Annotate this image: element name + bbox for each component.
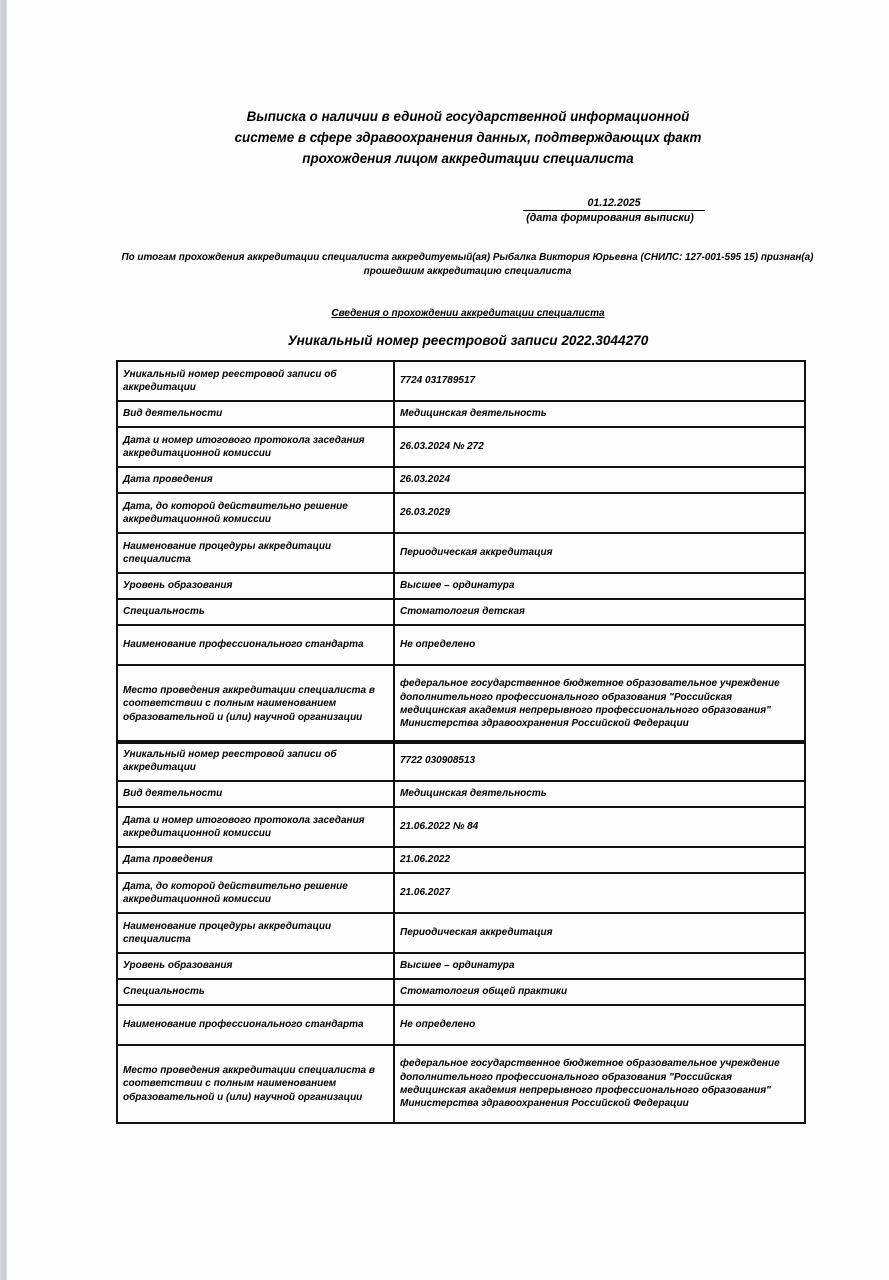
row-value: Высшее – ординатура — [394, 573, 805, 599]
accreditation-record-table: Уникальный номер реестровой записи об ак… — [116, 360, 806, 744]
table-row: Место проведения аккредитации специалист… — [117, 1045, 805, 1123]
table-row: Уникальный номер реестровой записи об ак… — [117, 741, 805, 781]
row-value: 21.06.2022 — [394, 847, 805, 873]
table-row: Дата и номер итогового протокола заседан… — [117, 427, 805, 467]
section-heading: Сведения о прохождении аккредитации спец… — [7, 307, 889, 321]
table-row: Специальность Стоматология общей практик… — [117, 979, 805, 1005]
table-row: Вид деятельности Медицинская деятельност… — [117, 781, 805, 807]
row-value: Стоматология детская — [394, 599, 805, 625]
row-label: Наименование профессионального стандарта — [117, 1005, 394, 1045]
row-label: Дата, до которой действительно решение а… — [117, 873, 394, 913]
table-row: Наименование процедуры аккредитации спец… — [117, 533, 805, 573]
document-page: Выписка о наличии в единой государственн… — [7, 0, 889, 1280]
row-value: Медицинская деятельность — [394, 401, 805, 427]
row-label: Специальность — [117, 979, 394, 1005]
row-value: Не определено — [394, 625, 805, 665]
row-value: 26.03.2029 — [394, 493, 805, 533]
row-value: 21.06.2022 № 84 — [394, 807, 805, 847]
row-label: Дата и номер итогового протокола заседан… — [117, 807, 394, 847]
row-value: 26.03.2024 — [394, 467, 805, 493]
title-line: Выписка о наличии в единой государственн… — [7, 106, 889, 127]
row-label: Наименование процедуры аккредитации спец… — [117, 913, 394, 953]
table-row: Наименование процедуры аккредитации спец… — [117, 913, 805, 953]
row-value: 21.06.2027 — [394, 873, 805, 913]
row-label: Место проведения аккредитации специалист… — [117, 1045, 394, 1123]
row-label: Наименование процедуры аккредитации спец… — [117, 533, 394, 573]
accreditation-result-statement: По итогам прохождения аккредитации специ… — [115, 251, 820, 278]
row-value: Медицинская деятельность — [394, 781, 805, 807]
row-label: Дата, до которой действительно решение а… — [117, 493, 394, 533]
row-value: федеральное государственное бюджетное об… — [394, 1045, 805, 1123]
row-value: федеральное государственное бюджетное об… — [394, 665, 805, 743]
row-label: Дата проведения — [117, 467, 394, 493]
table-row: Уникальный номер реестровой записи об ак… — [117, 361, 805, 401]
table-row: Дата, до которой действительно решение а… — [117, 873, 805, 913]
table-row: Дата, до которой действительно решение а… — [117, 493, 805, 533]
row-value: 7722 030908513 — [394, 741, 805, 781]
issue-date-caption: (дата формирования выписки) — [515, 211, 705, 225]
table-row: Место проведения аккредитации специалист… — [117, 665, 805, 743]
row-value: Периодическая аккредитация — [394, 913, 805, 953]
table-row: Наименование профессионального стандарта… — [117, 625, 805, 665]
table-row: Уровень образования Высшее – ординатура — [117, 573, 805, 599]
table-row: Вид деятельности Медицинская деятельност… — [117, 401, 805, 427]
row-label: Наименование профессионального стандарта — [117, 625, 394, 665]
document-title: Выписка о наличии в единой государственн… — [7, 106, 889, 169]
row-value: Стоматология общей практики — [394, 979, 805, 1005]
table-row: Дата проведения 21.06.2022 — [117, 847, 805, 873]
row-value: Периодическая аккредитация — [394, 533, 805, 573]
table-row: Дата и номер итогового протокола заседан… — [117, 807, 805, 847]
viewer-edge-stripe — [0, 0, 7, 1280]
row-value: Не определено — [394, 1005, 805, 1045]
row-label: Вид деятельности — [117, 401, 394, 427]
row-label: Уровень образования — [117, 573, 394, 599]
row-value: 26.03.2024 № 272 — [394, 427, 805, 467]
table-row: Уровень образования Высшее – ординатура — [117, 953, 805, 979]
row-value: Высшее – ординатура — [394, 953, 805, 979]
title-line: системе в сфере здравоохранения данных, … — [7, 127, 889, 148]
row-label: Специальность — [117, 599, 394, 625]
table-row: Наименование профессионального стандарта… — [117, 1005, 805, 1045]
row-value: 7724 031789517 — [394, 361, 805, 401]
title-line: прохождения лицом аккредитации специалис… — [7, 148, 889, 169]
registry-number-heading: Уникальный номер реестровой записи 2022.… — [7, 332, 889, 350]
table-row: Специальность Стоматология детская — [117, 599, 805, 625]
row-label: Дата проведения — [117, 847, 394, 873]
accreditation-record-table: Уникальный номер реестровой записи об ак… — [116, 740, 806, 1124]
row-label: Уникальный номер реестровой записи об ак… — [117, 361, 394, 401]
row-label: Уровень образования — [117, 953, 394, 979]
issue-date-block: 01.12.2025 (дата формирования выписки) — [515, 197, 705, 225]
row-label: Место проведения аккредитации специалист… — [117, 665, 394, 743]
row-label: Уникальный номер реестровой записи об ак… — [117, 741, 394, 781]
issue-date: 01.12.2025 — [523, 197, 705, 211]
table-row: Дата проведения 26.03.2024 — [117, 467, 805, 493]
row-label: Дата и номер итогового протокола заседан… — [117, 427, 394, 467]
row-label: Вид деятельности — [117, 781, 394, 807]
